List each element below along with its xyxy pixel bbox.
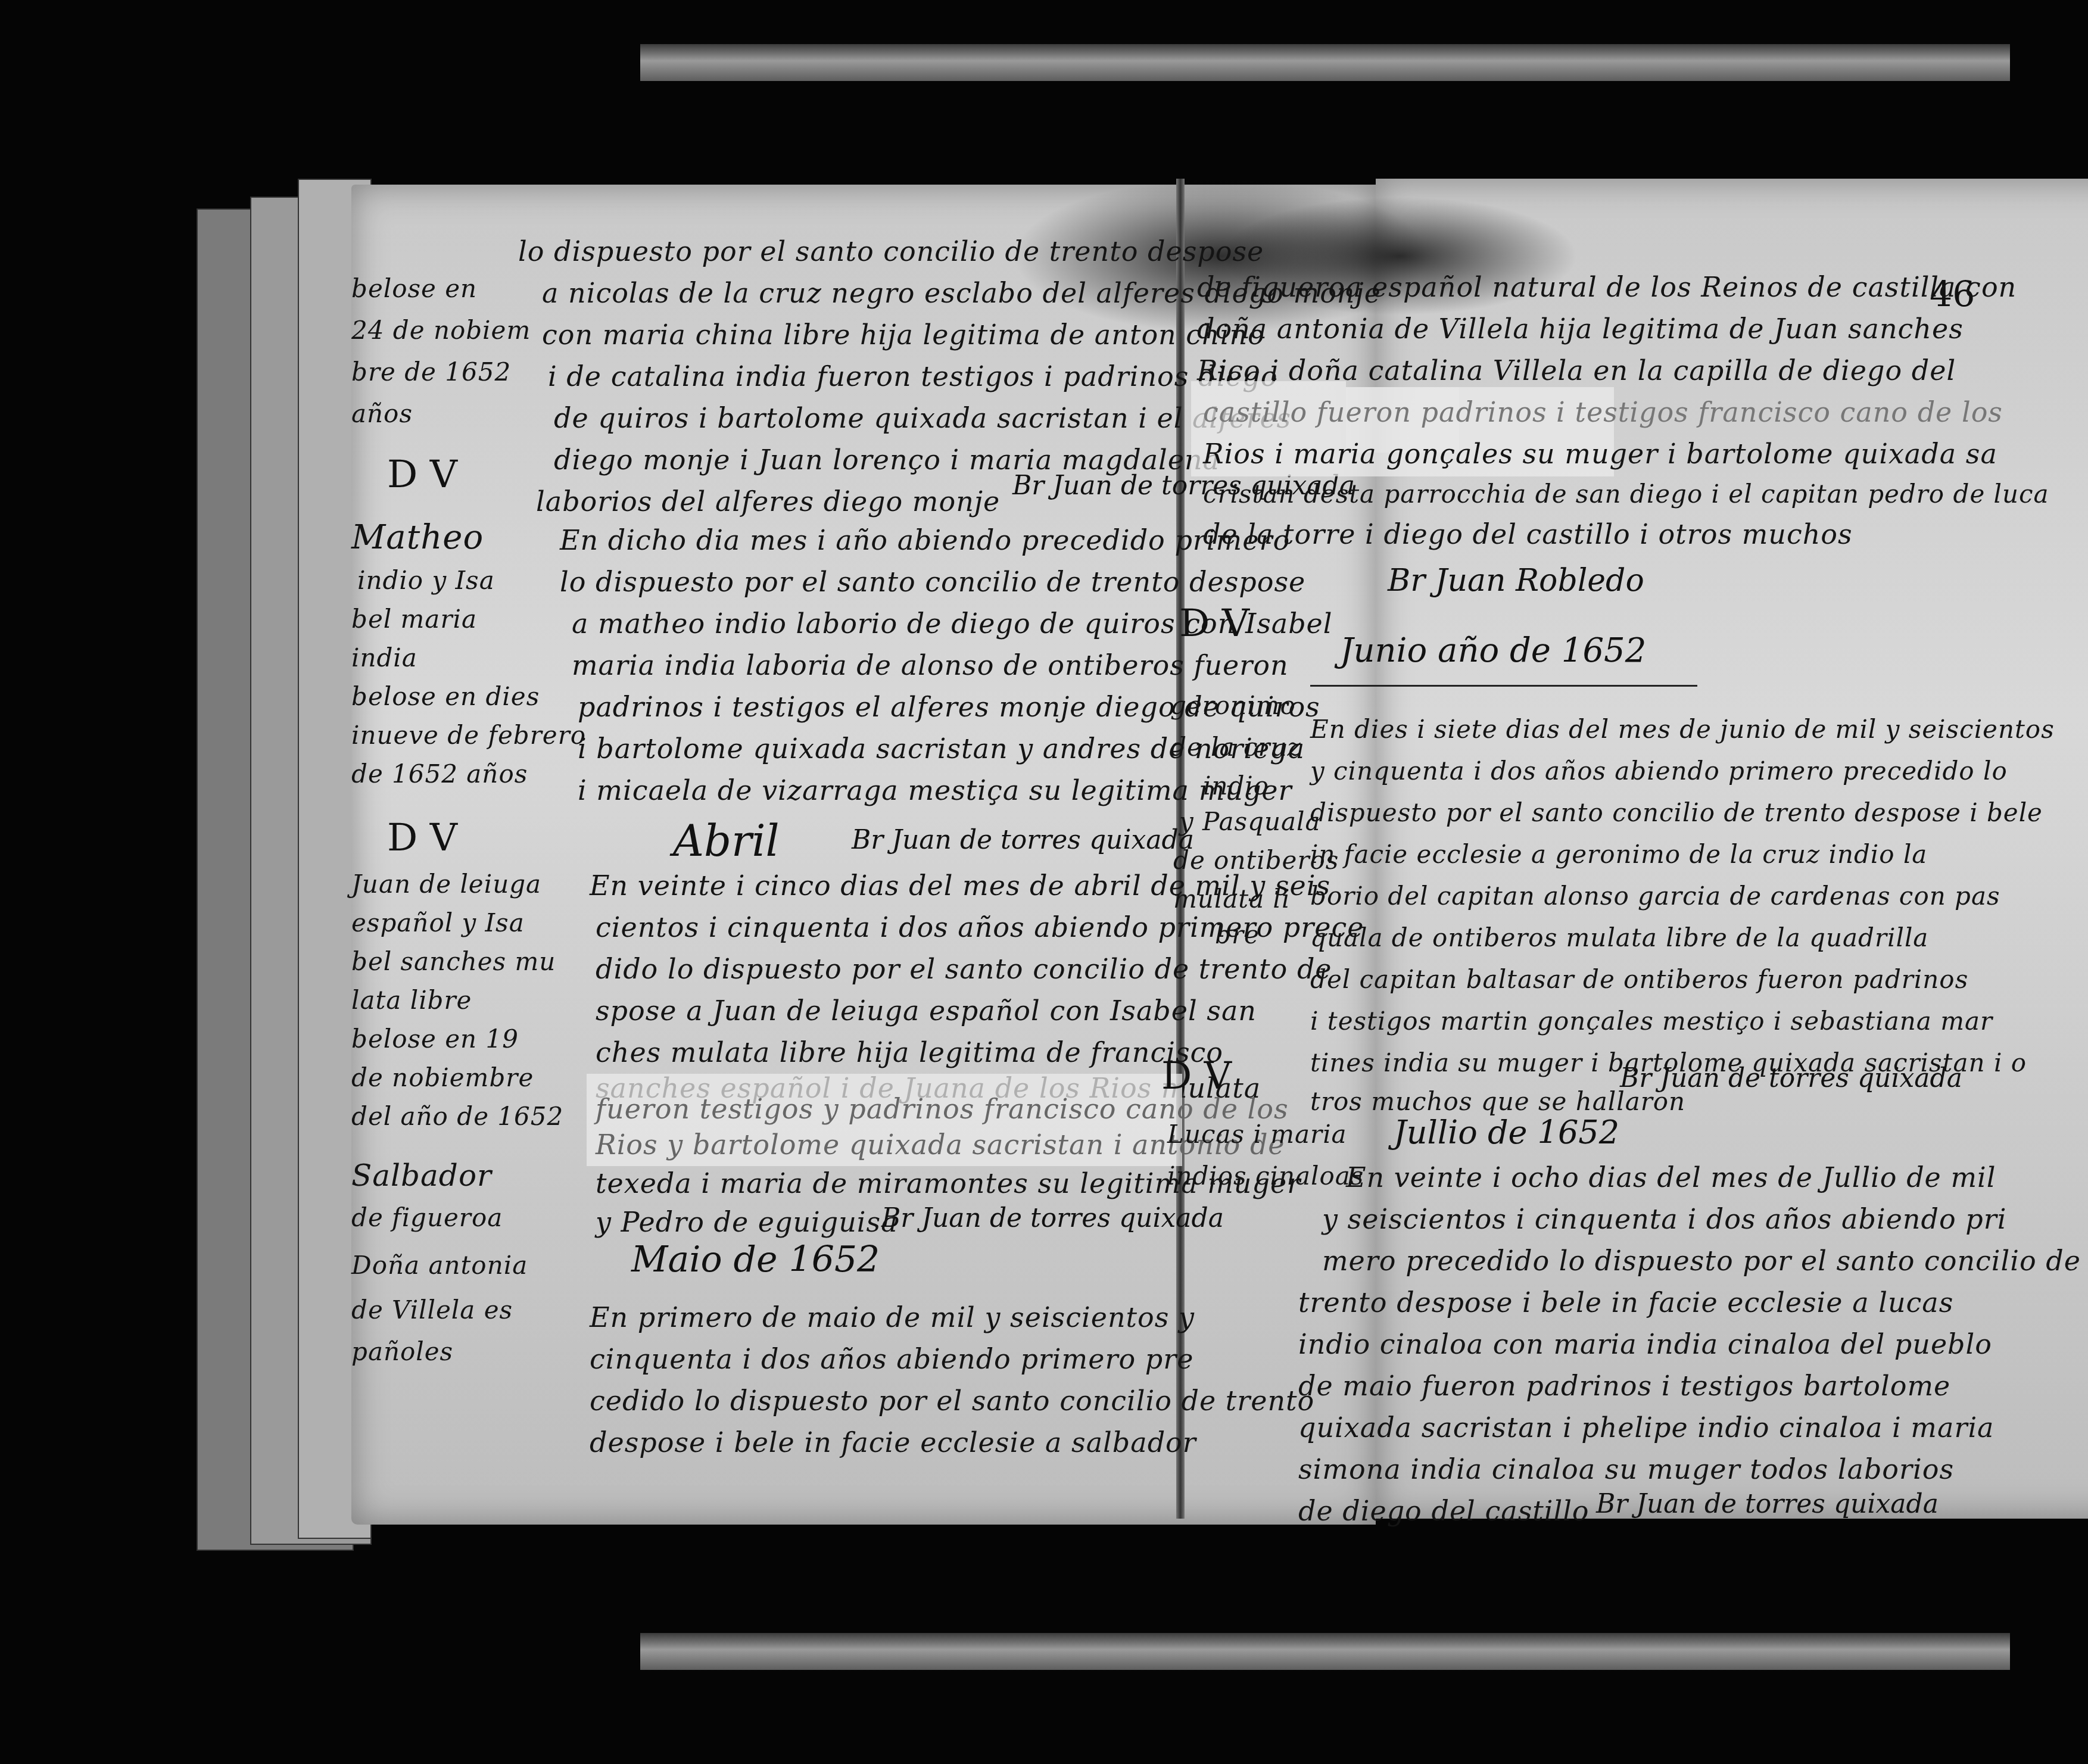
- entry-line: indio cinaloa con maria india cinaloa de…: [1298, 1328, 1992, 1360]
- entry-line: borio del capitan alonso garcia de carde…: [1310, 881, 2000, 911]
- entry-line: i de catalina india fueron testigos i pa…: [548, 360, 1277, 392]
- priest-signature: Br Juan de torres quixada: [881, 1203, 1224, 1233]
- entry-line: doña antonia de Villela hija legitima de…: [1197, 313, 1964, 345]
- entry-line: in facie ecclesie a geronimo de la cruz …: [1310, 840, 1927, 869]
- entry-line: cinquenta i dos años abiendo primero pre: [590, 1343, 1193, 1375]
- margin-note: Juan de leiuga: [351, 869, 541, 899]
- priest-signature: Br Juan de torres quixada: [1596, 1489, 1939, 1519]
- margin-note: de la cruz: [1170, 733, 1301, 762]
- entry-line: de figueroa español natural de los Reino…: [1197, 271, 2017, 303]
- margin-note: bel maria: [351, 604, 477, 634]
- margin-note: años: [351, 399, 413, 428]
- scanner-bar-top: [640, 44, 2010, 81]
- margin-note: belose en 19: [351, 1024, 519, 1054]
- margin-note: india: [351, 643, 417, 672]
- margin-note: inueve de febrero: [351, 721, 586, 750]
- entry-line: cedido lo dispuesto por el santo concili…: [590, 1385, 1314, 1417]
- entry-line: del capitan baltasar de ontiberos fueron…: [1310, 965, 1968, 994]
- margin-note: y Pasquala: [1179, 807, 1321, 836]
- margin-note: bel sanches mu: [351, 947, 556, 976]
- entry-line: mero precedido lo dispuesto por el santo…: [1322, 1245, 2081, 1277]
- entry-line: spose a Juan de leiuga español con Isabe…: [596, 995, 1257, 1027]
- margin-note: 24 de nobiem: [351, 316, 531, 345]
- margin-note: español y Isa: [351, 908, 525, 937]
- entry-line: dido lo dispuesto por el santo concilio …: [596, 953, 1332, 985]
- entry-line: En primero de maio de mil y seiscientos …: [590, 1301, 1195, 1333]
- entry-line: dispuesto por el santo concilio de trent…: [1310, 798, 2043, 827]
- entry-line: con maria china libre hija legitima de a…: [542, 319, 1265, 351]
- entry-line: i testigos martin gonçales mestiço i seb…: [1310, 1006, 1993, 1036]
- margin-mark-dv: D V: [387, 453, 457, 497]
- margin-note: indios cinaloas: [1167, 1161, 1364, 1190]
- margin-note: belose en dies: [351, 682, 540, 711]
- margin-note: de figueroa: [351, 1203, 503, 1232]
- entry-line: y Pedro de eguiguisa: [596, 1206, 898, 1238]
- margin-note: mulata li: [1173, 884, 1290, 914]
- margin-note: Lucas i maria: [1167, 1120, 1347, 1149]
- entry-line: maria india laboria de alonso de ontiber…: [572, 649, 1289, 681]
- margin-note: lata libre: [351, 986, 472, 1015]
- entry-line: En dicho dia mes i año abiendo precedido…: [560, 524, 1290, 556]
- margin-note: de 1652 años: [351, 759, 528, 788]
- entry-line: de la torre i diego del castillo i otros…: [1203, 518, 1853, 550]
- entry-line: lo dispuesto por el santo concilio de tr…: [518, 235, 1264, 267]
- entry-line: En veinte i ocho dias del mes de Jullio …: [1346, 1161, 1996, 1193]
- margin-note: de nobiembre: [351, 1063, 534, 1092]
- entry-line: laborios del alferes diego monje: [536, 485, 1000, 518]
- entry-line: ches mulata libre hija legitima de franc…: [596, 1036, 1223, 1068]
- entry-line: despose i bele in facie ecclesie a salba…: [590, 1426, 1196, 1458]
- entry-line: y seiscientos i cinquenta i dos años abi…: [1322, 1203, 2006, 1235]
- month-heading-julio: Jullio de 1652: [1394, 1114, 1619, 1151]
- entry-line: de maio fueron padrinos i testigos barto…: [1298, 1370, 1950, 1402]
- margin-mark-dv: D V: [1161, 1054, 1232, 1098]
- margin-note: Matheo: [351, 518, 484, 557]
- margin-note: del año de 1652: [351, 1102, 563, 1131]
- entry-line: lo dispuesto por el santo concilio de tr…: [560, 566, 1305, 598]
- margin-mark-dv: D V: [387, 816, 457, 860]
- entry-line: cristan desta parrocchia de san diego i …: [1203, 479, 2049, 509]
- margin-note: indio: [1203, 771, 1269, 800]
- margin-note: bre: [1215, 920, 1260, 949]
- entry-line: Rios i maria gonçales su muger i bartolo…: [1203, 438, 1997, 470]
- entry-line: simona india cinaloa su muger todos labo…: [1298, 1453, 1954, 1485]
- entry-line: de quiros i bartolome quixada sacristan …: [554, 402, 1291, 434]
- margin-note: Doña antonia: [351, 1251, 528, 1280]
- entry-line: i micaela de vizarraga mestiça su legiti…: [578, 774, 1292, 806]
- month-heading-junio: Junio año de 1652: [1340, 631, 1646, 670]
- entry-line: de diego del castillo: [1298, 1495, 1590, 1527]
- entry-line: trento despose i bele in facie ecclesie …: [1298, 1286, 1953, 1319]
- margin-note: bre de 1652: [351, 357, 511, 387]
- entry-line: quixada sacristan i phelipe indio cinalo…: [1298, 1411, 1994, 1444]
- priest-signature: Br Juan de torres quixada: [1620, 1063, 1962, 1093]
- margin-note: belose en: [351, 274, 477, 303]
- entry-line: En dies i siete dias del mes de junio de…: [1310, 715, 2055, 744]
- margin-note: indio y Isa: [357, 566, 495, 595]
- month-heading-maio: Maio de 1652: [631, 1239, 880, 1280]
- heading-underline: [1310, 685, 1697, 687]
- margin-note: Salbador: [351, 1158, 492, 1193]
- margin-note: de Villela es: [351, 1295, 513, 1324]
- entry-line: y cinquenta i dos años abiendo primero p…: [1310, 756, 2008, 786]
- scanner-bar-bottom: [640, 1633, 2010, 1670]
- margin-note: pañoles: [351, 1337, 453, 1366]
- entry-line-highlighted: castillo fueron padrinos i testigos fran…: [1203, 396, 2003, 428]
- priest-signature: Br Juan Robledo: [1388, 563, 1644, 599]
- margin-mark-dv: D V: [1179, 601, 1249, 646]
- month-heading-abril: Abril: [673, 816, 780, 866]
- entry-line: quala de ontiberos mulata libre de la qu…: [1310, 923, 1928, 952]
- margin-note: geronimo: [1170, 691, 1296, 720]
- priest-signature: Br Juan de torres quixada: [852, 825, 1194, 855]
